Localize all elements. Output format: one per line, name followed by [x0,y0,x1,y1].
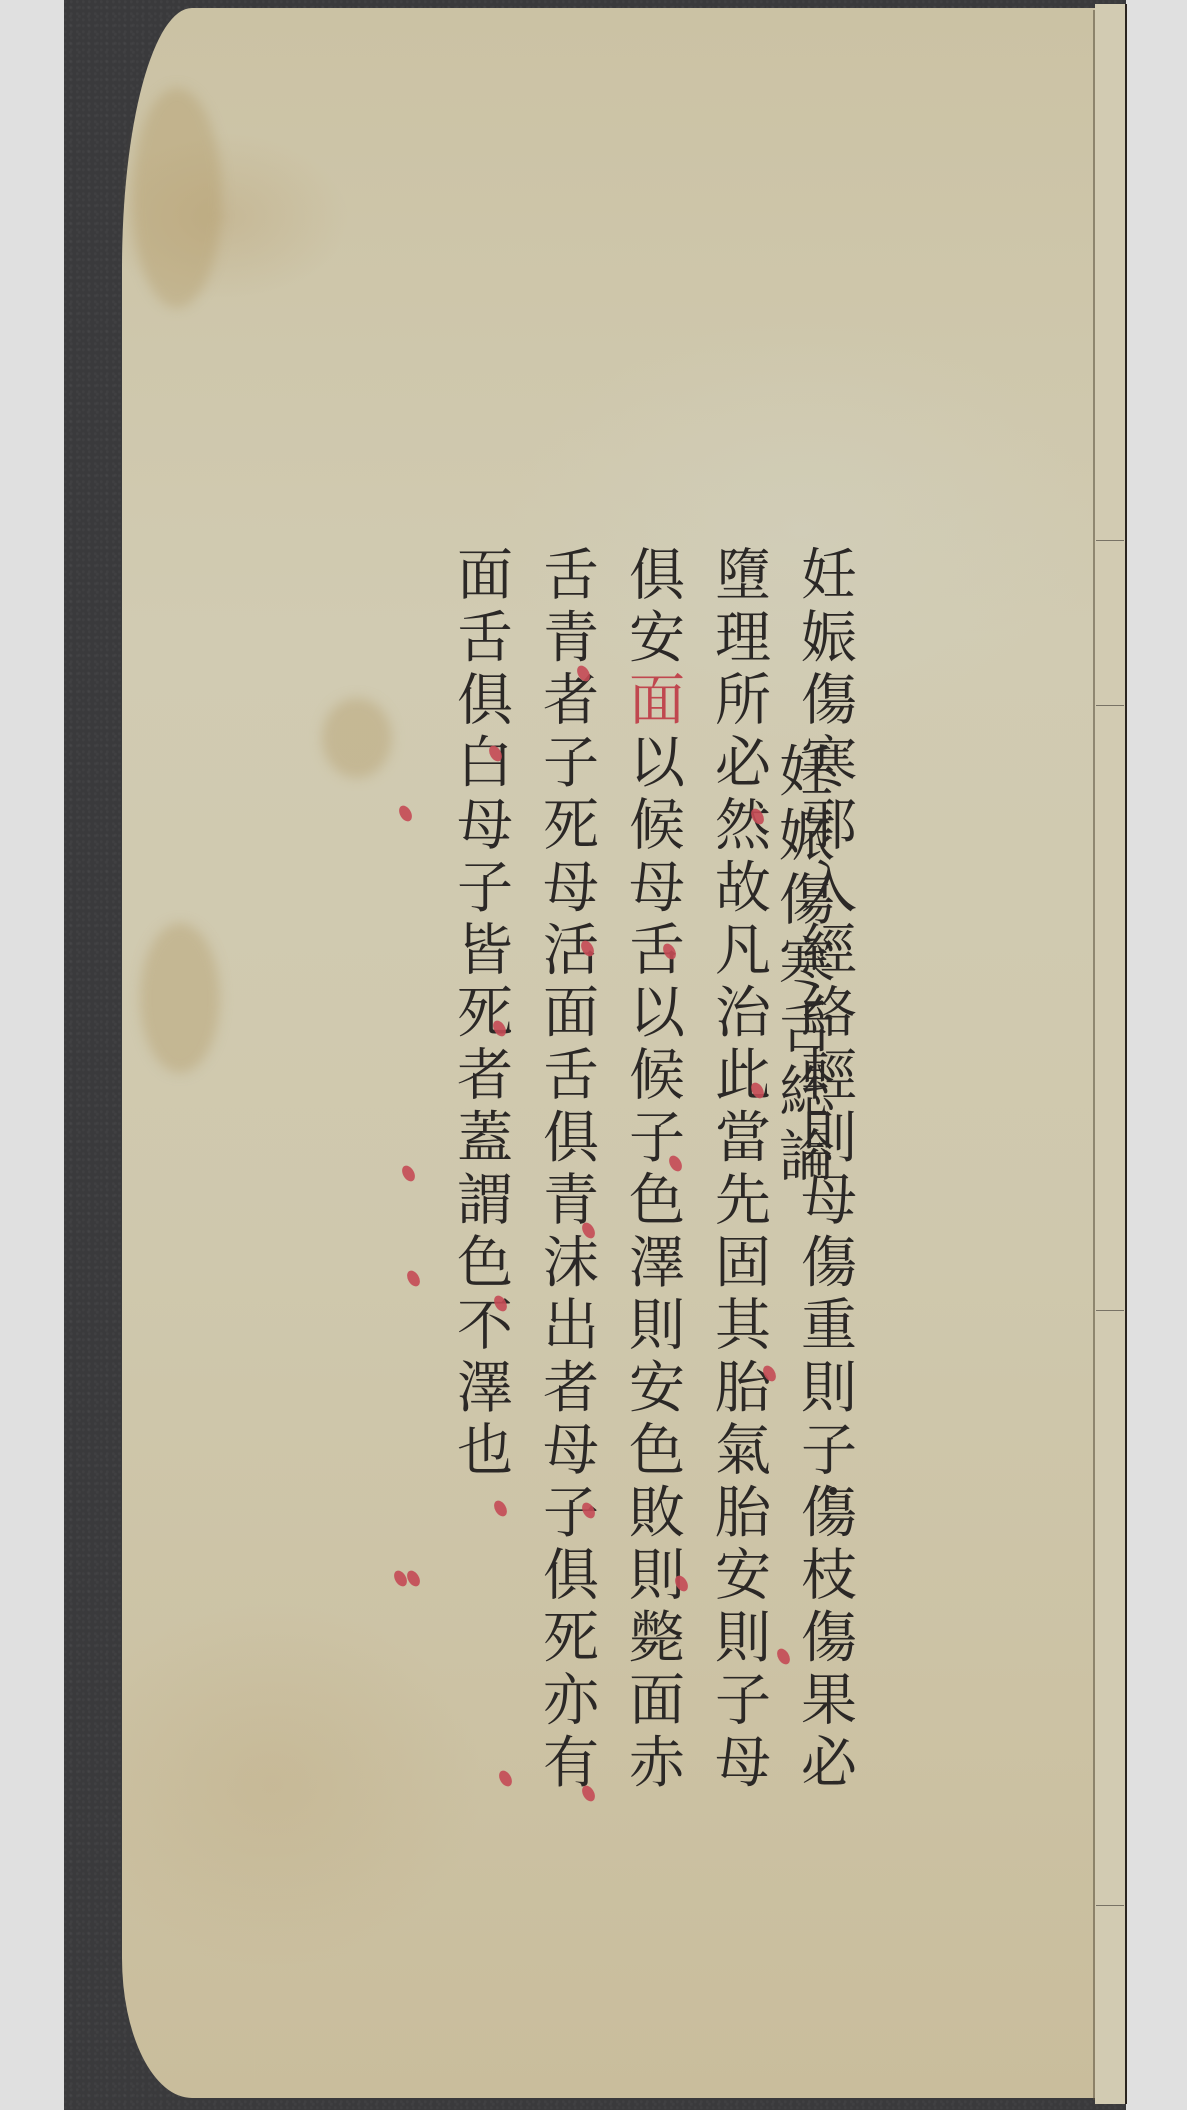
page-fold-edge [1095,4,1127,2104]
body-text: 妊娠傷寒邪入經絡輕則母傷重則子傷枝傷果必 墮理所必然故凡治此當先固其胎氣胎安則子… [437,545,867,1795]
paper-stain [132,88,222,308]
stray-ink-dot [829,1487,837,1495]
text-column-4: 舌青者子死母活面舌俱青沫出者母子俱死亦有 [523,545,609,1795]
paper-stain [322,698,392,778]
text-column-3: 俱安面以候母舌以候子色澤則安色敗則斃面赤 [609,545,695,1795]
text-column-5: 面舌俱白母子皆死者蓋謂色不澤也 [437,545,523,1795]
text-column-2: 墮理所必然故凡治此當先固其胎氣胎安則子母 [695,545,781,1795]
paper-stain [140,923,220,1073]
text-column-1: 妊娠傷寒邪入經絡輕則母傷重則子傷枝傷果必 [781,545,867,1795]
ruling-mark [1096,1905,1124,1906]
ruling-mark [1096,540,1124,541]
red-highlighted-character: 面 [620,670,685,733]
ruling-mark [1096,705,1124,706]
fold-line [1093,10,1095,2100]
document-viewer: 妊娠傷寒舌総論 妊娠傷寒邪入經絡輕則母傷重則子傷枝傷果必 墮理所必然故凡治此當先… [0,0,1187,2110]
ruling-mark [1096,1310,1124,1311]
